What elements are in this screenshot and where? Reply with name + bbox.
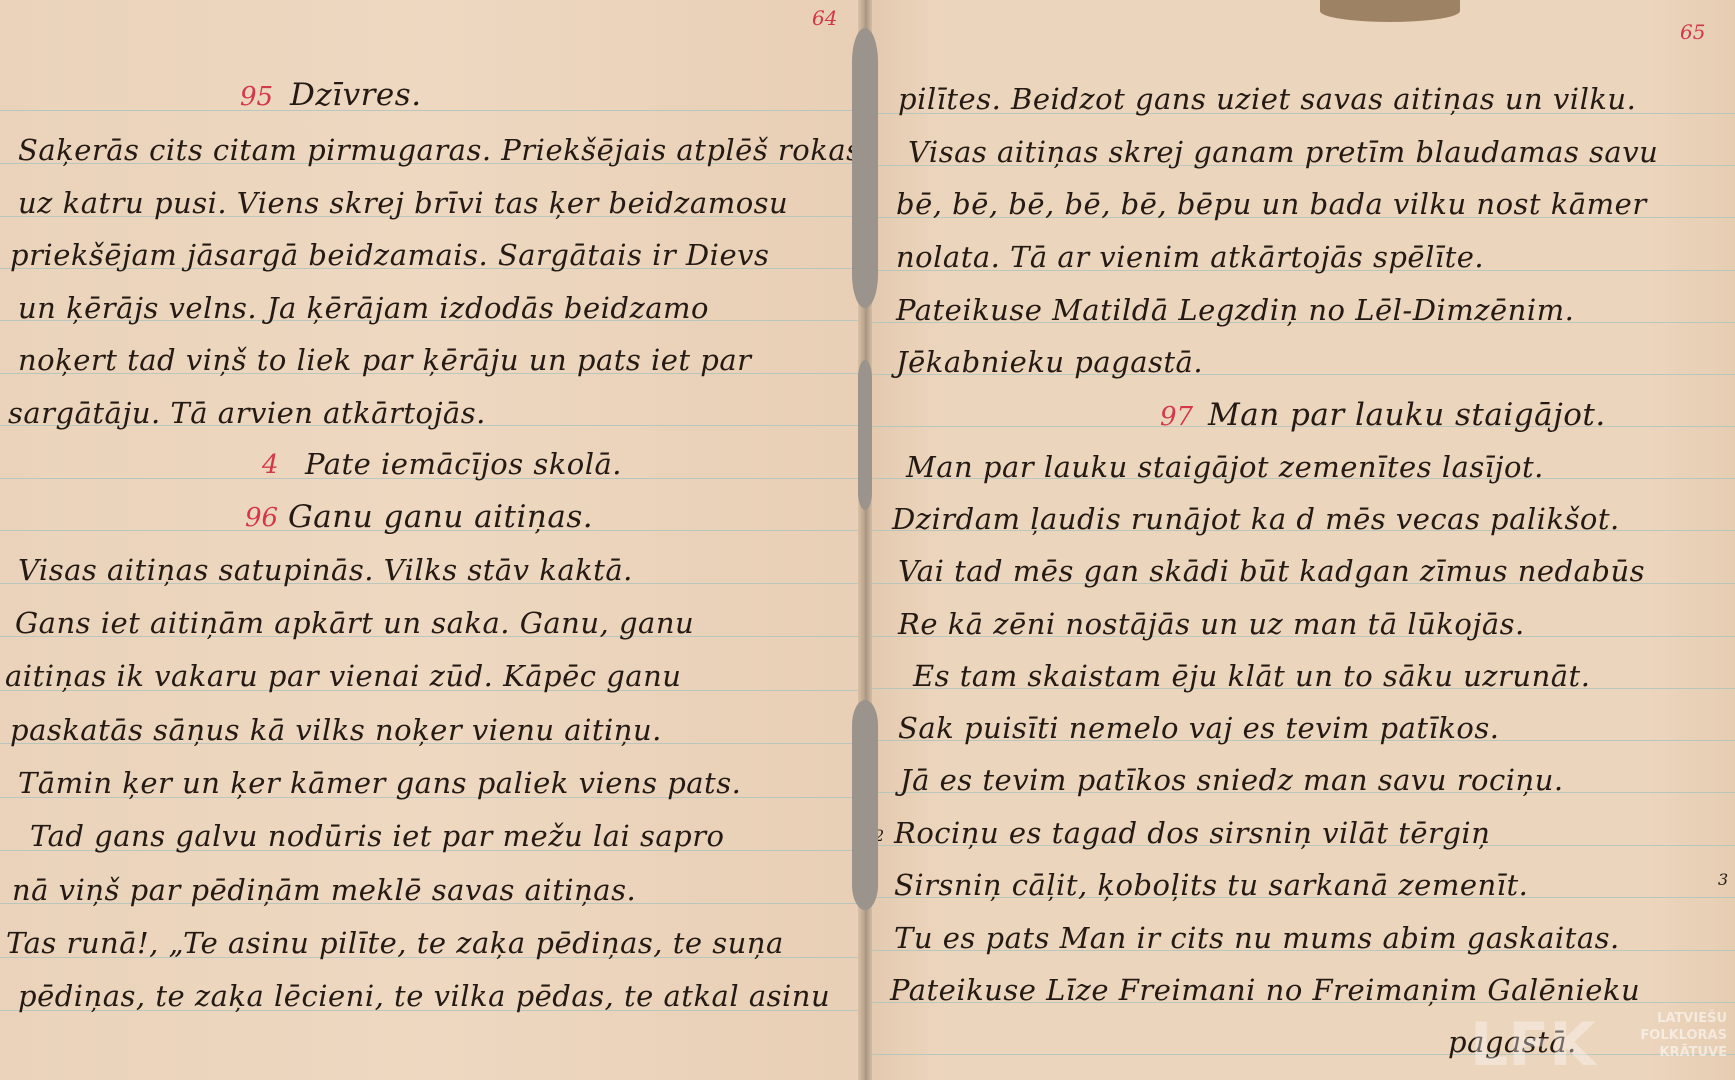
margin-mark: 3 xyxy=(1718,870,1728,889)
watermark-line: FOLKLORAS xyxy=(1545,1027,1727,1044)
archive-watermark: LATVIEŠU FOLKLORAS KRĀTUVE xyxy=(1545,1010,1735,1080)
text-line: Rociņu es tagad dos sirsniņ vilāt tērgiņ xyxy=(894,819,1490,848)
text-line: Man par lauku staigājot zemenītes lasījo… xyxy=(906,453,1544,482)
text-line: Saķerās cits citam pirmugaras. Priekšēja… xyxy=(18,136,862,165)
gutter-tear xyxy=(852,28,878,308)
text-line: bē, bē, bē, bē, bē, bēpu un bada vilku n… xyxy=(896,190,1647,219)
text-line: Gans iet aitiņām apkārt un saka. Ganu, g… xyxy=(15,609,694,638)
text-line: Dzirdam ļaudis runājot ka d mēs vecas pa… xyxy=(892,505,1620,534)
source-number: 4 xyxy=(262,452,279,478)
text-line: Re kā zēni nostājās un uz man tā lūkojās… xyxy=(898,610,1525,639)
left-page: 64 95 Dzīvres. Saķerās cits citam pirmug… xyxy=(0,0,862,1080)
text-line: Sak puisīti nemelo vaj es tevim patīkos. xyxy=(898,714,1499,743)
text-line: Es tam skaistam ēju klāt un to sāku uzru… xyxy=(913,662,1590,691)
text-line: Visas aitiņas satupinās. Vilks stāv kakt… xyxy=(18,556,633,585)
text-line: uz katru pusi. Viens skrej brīvi tas ķer… xyxy=(18,189,788,218)
page-number: 65 xyxy=(1680,22,1705,42)
text-line: Tāmin ķer un ķer kāmer gans paliek viens… xyxy=(18,769,741,798)
text-line: Vai tad mēs gan skādi būt kadgan zīmus n… xyxy=(898,557,1645,586)
text-line: pilītes. Beidzot gans uziet savas aitiņa… xyxy=(898,85,1636,114)
text-line: nolata. Tā ar vienim atkārtojās spēlīte. xyxy=(896,243,1484,272)
text-line: Jēkabnieku pagastā. xyxy=(896,348,1203,377)
watermark-line: KRĀTUVE xyxy=(1545,1044,1727,1061)
entry-number: 96 xyxy=(245,505,278,531)
right-page: 65 pilītes. Beidzot gans uziet savas ait… xyxy=(868,0,1735,1080)
text-line: paskatās sāņus kā vilks noķer vienu aiti… xyxy=(10,716,662,745)
text-line: Jā es tevim patīkos sniedz man savu roci… xyxy=(900,766,1564,795)
rule-line xyxy=(0,110,862,111)
text-line: aitiņas ik vakaru par vienai zūd. Kāpēc … xyxy=(5,662,681,691)
text-line: Tu es pats Man ir cits nu mums abim gask… xyxy=(894,924,1620,953)
page-number: 64 xyxy=(812,8,837,28)
watermark-line: LATVIEŠU xyxy=(1545,1010,1727,1027)
gutter-tear xyxy=(858,360,872,510)
text-line: Tas runā!, „Te asinu pilīte, te zaķa pēd… xyxy=(6,929,784,958)
entry-number: 97 xyxy=(1160,404,1193,430)
text-line: sargātāju. Tā arvien atkārtojās. xyxy=(8,399,486,428)
text-line: Pateikuse Līze Freimani no Freimaņim Gal… xyxy=(890,976,1640,1005)
ink-stain xyxy=(1320,0,1460,22)
text-line: un ķērājs velns. Ja ķērājam izdodās beid… xyxy=(18,294,709,323)
text-line: Pateikuse Matildā Legzdiņ no Lēl-Dimzēni… xyxy=(896,296,1574,325)
archive-logo-icon: LFK xyxy=(1470,1010,1550,1080)
text-line: Visas aitiņas skrej ganam pretīm blaudam… xyxy=(908,138,1658,167)
entry-title: Dzīvres. xyxy=(290,80,422,111)
source-note: Pate iemācījos skolā. xyxy=(305,450,622,479)
text-line: noķert tad viņš to liek par ķērāju un pa… xyxy=(18,346,752,375)
text-line: nā viņš par pēdiņām meklē savas aitiņas. xyxy=(12,876,636,905)
entry-title: Ganu ganu aitiņas. xyxy=(288,502,593,533)
notebook-spread: 64 95 Dzīvres. Saķerās cits citam pirmug… xyxy=(0,0,1735,1080)
text-line: Sirsniņ cāļit, ķoboļits tu sarkanā zemen… xyxy=(894,871,1528,900)
entry-number: 95 xyxy=(240,84,273,110)
gutter-tear xyxy=(852,700,878,910)
text-line: Tad gans galvu nodūris iet par mežu lai … xyxy=(30,822,725,851)
text-line: pēdiņas, te zaķa lēcieni, te vilka pēdas… xyxy=(18,982,830,1011)
entry-title: Man par lauku staigājot. xyxy=(1208,400,1606,431)
text-line: priekšējam jāsargā beidzamais. Sargātais… xyxy=(10,241,769,270)
